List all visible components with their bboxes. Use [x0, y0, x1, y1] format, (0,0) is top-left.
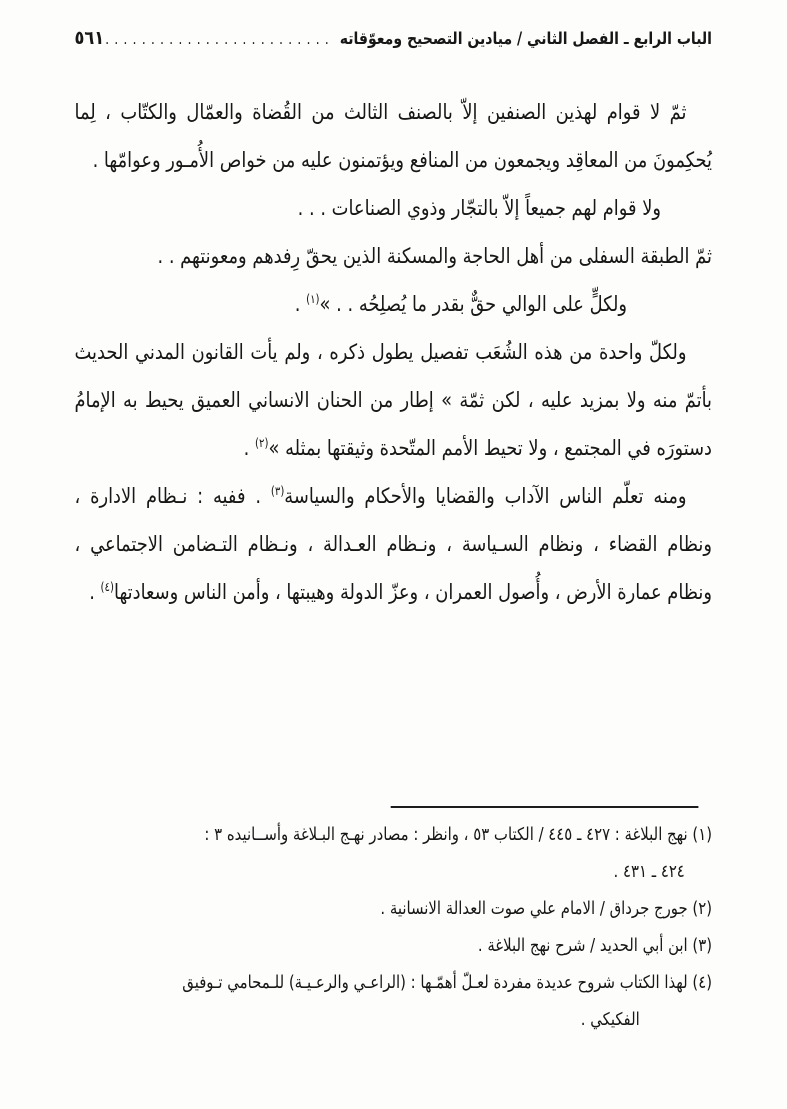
paragraph: ثمّ الطبقة السفلى من أهل الحاجة والمسكنة… — [75, 232, 713, 280]
paragraph: ولكلّ واحدة من هذه الشُعَب تفصيل يطول ذك… — [75, 328, 713, 472]
text-run: ثمّ الطبقة السفلى من أهل الحاجة والمسكنة… — [157, 244, 712, 268]
text-run: . — [244, 436, 255, 460]
footnote-marker: (٣) — [271, 484, 284, 498]
body-text: ثمّ لا قوام لهذين الصنفين إلاّ بالصنف ال… — [75, 88, 713, 616]
page-number: ٥٦١ — [75, 27, 105, 49]
paragraph: ولكلٍّ على الوالي حقٌّ بقدر ما يُصلِحُه … — [75, 280, 628, 328]
footnote-line: (٤) لهذا الكتاب شروح عديدة مفردة لعـلّ أ… — [75, 965, 713, 1002]
footnote: (١) نهج البلاغة : ٤٢٧ ـ ٤٤٥ / الكتاب ٥٣ … — [75, 817, 713, 891]
text-run: ثمّ لا قوام لهذين الصنفين إلاّ بالصنف ال… — [75, 100, 713, 172]
footnote-line: ٤٢٤ ـ ٤٣١ . — [75, 854, 713, 891]
footnotes-section: (١) نهج البلاغة : ٤٢٧ ـ ٤٤٥ / الكتاب ٥٣ … — [75, 806, 713, 1039]
footnote-marker: (١) — [306, 292, 319, 306]
footnote-marker: (٢) — [255, 436, 268, 450]
footnote-line: (٢) جورج جرداق / الامام علي صوت العدالة … — [75, 891, 713, 928]
footnote: (٣) ابن أبي الحديد / شرح نهج البلاغة . — [75, 928, 713, 965]
text-run: ولا قوام لهم جميعاً إلاّ بالتجّار وذوي ا… — [298, 196, 661, 220]
footnote-line: (١) نهج البلاغة : ٤٢٧ ـ ٤٤٥ / الكتاب ٥٣ … — [75, 817, 713, 854]
page-header: الباب الرابع ـ الفصل الثاني / ميادين الت… — [75, 27, 713, 49]
text-run: ومنه تعلّم الناس الآداب والقضايا والأحكا… — [284, 484, 686, 508]
footnote-list: (١) نهج البلاغة : ٤٢٧ ـ ٤٤٥ / الكتاب ٥٣ … — [75, 817, 713, 1039]
text-run: ولكلّ واحدة من هذه الشُعَب تفصيل يطول ذك… — [75, 340, 713, 460]
footnote-line: (٣) ابن أبي الحديد / شرح نهج البلاغة . — [75, 928, 713, 965]
text-run: . — [89, 580, 100, 604]
dot-leader: .................................... — [104, 30, 340, 48]
text-run: ولكلٍّ على الوالي حقٌّ بقدر ما يُصلِحُه … — [320, 292, 627, 316]
footnote: (٢) جورج جرداق / الامام علي صوت العدالة … — [75, 891, 713, 928]
paragraph: ثمّ لا قوام لهذين الصنفين إلاّ بالصنف ال… — [75, 88, 713, 184]
footnote-marker: (٤) — [101, 580, 114, 594]
footnote: (٤) لهذا الكتاب شروح عديدة مفردة لعـلّ أ… — [75, 965, 713, 1039]
footnote-separator — [391, 806, 699, 808]
text-run: . — [295, 292, 306, 316]
paragraph: ولا قوام لهم جميعاً إلاّ بالتجّار وذوي ا… — [75, 184, 662, 232]
chapter-heading: الباب الرابع ـ الفصل الثاني / ميادين الت… — [340, 29, 712, 48]
footnote-line: الفكيكي . — [75, 1002, 713, 1039]
paragraph: ومنه تعلّم الناس الآداب والقضايا والأحكا… — [75, 472, 713, 616]
book-page: الباب الرابع ـ الفصل الثاني / ميادين الت… — [0, 0, 787, 1109]
